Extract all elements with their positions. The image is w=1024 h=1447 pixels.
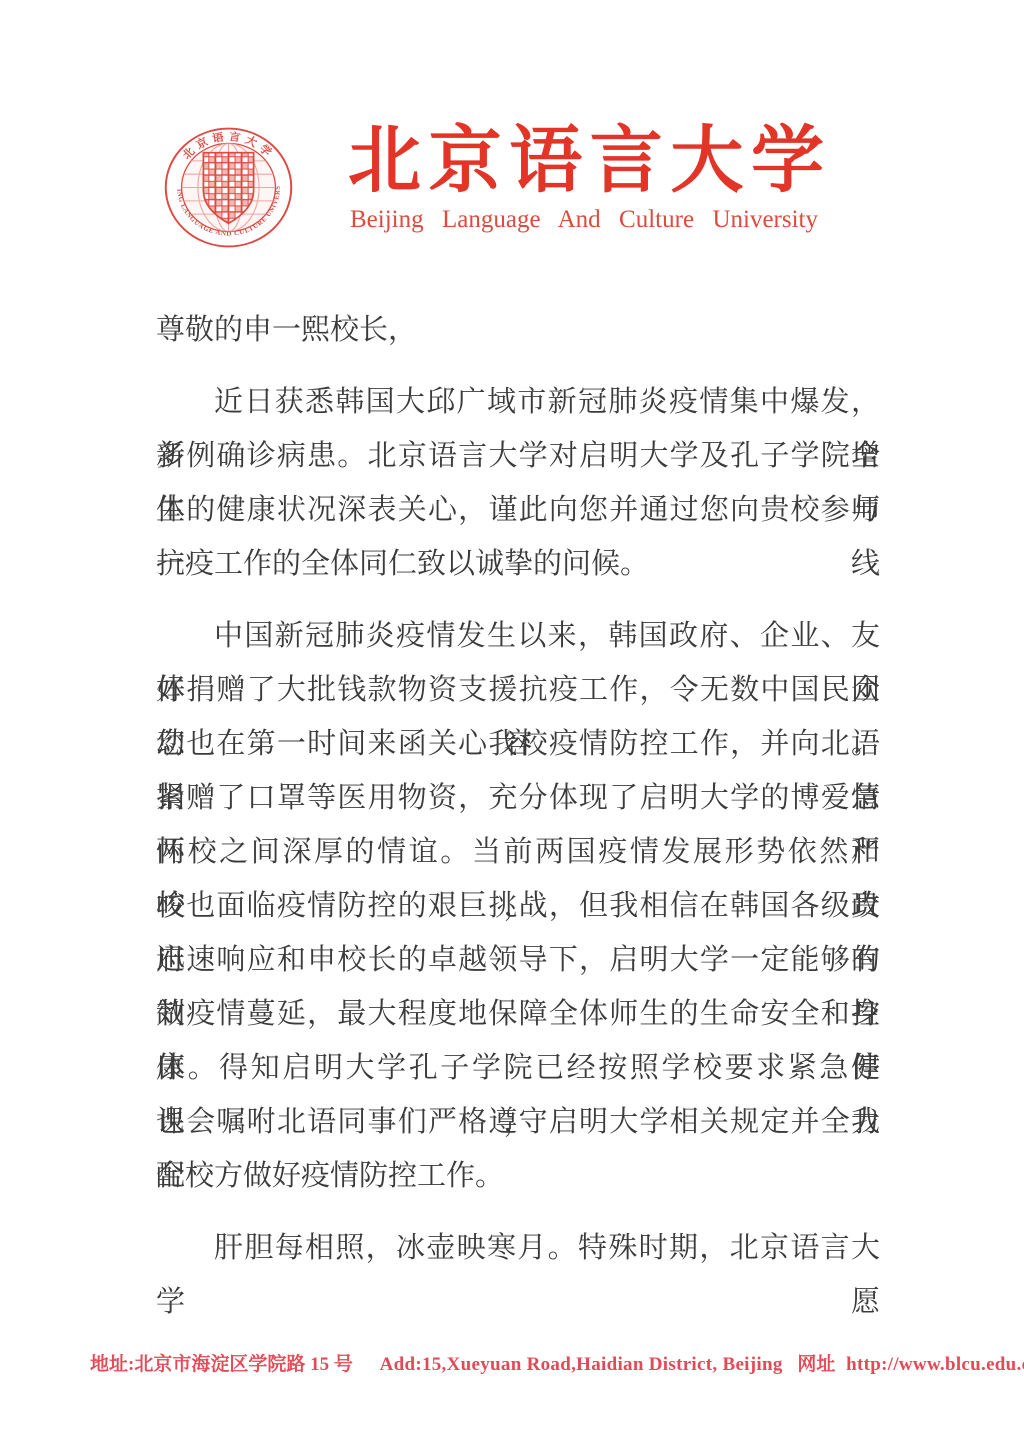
text-line: 多例确诊病患。北京语言大学对启明大学及孔子学院全体师 [156,429,880,483]
text-line: 尊敬的申一熙校长， [156,303,880,357]
text-line: 捐赠了口罩等医用物资，充分体现了启明大学的博爱情怀和 [156,771,880,825]
text-line: 迅速响应和申校长的卓越领导下，启明大学一定能够有效控 [156,933,880,987]
text-line: 您也在第一时间来函关心我校疫情防控工作，并向北语紧急 [156,717,880,771]
text-line: 合校方做好疫情防控工作。 [156,1149,880,1203]
text-line: 肝胆每相照，冰壶映寒月。特殊时期，北京语言大学愿 [156,1221,880,1275]
university-name-chinese: 北京语言大学 [348,116,824,206]
text-line: 也会嘱咐北语同事们严格遵守启明大学相关规定并全力配 [156,1095,880,1149]
footer-address-chinese: 地址:北京市海淀区学院路 15 号 [90,1354,353,1375]
university-name-english: Beijing Language And Culture University [350,203,818,237]
paragraph: 肝胆每相照，冰壶映寒月。特殊时期，北京语言大学愿 [156,1221,880,1275]
footer-website-label: 网址 [797,1354,835,1375]
letter-footer: 地址:北京市海淀区学院路 15 号 Add:15,Xueyuan Road,Ha… [90,1350,950,1380]
paragraph: 中国新冠肺炎疫情发生以来，韩国政府、企业、友好团体捐赠了大批钱款物资支援抗疫工作… [156,609,880,1203]
paragraph: 近日获悉韩国大邱广域市新冠肺炎疫情集中爆发，新增多例确诊病患。北京语言大学对启明… [156,375,880,591]
text-line: 制疫情蔓延，最大程度地保障全体师生的生命安全和身体健 [156,987,880,1041]
text-line: 两校之间深厚的情谊。当前两国疫情发展形势依然严峻，贵 [156,825,880,879]
footer-website-url[interactable]: http://www.blcu.edu.cn [846,1354,1024,1375]
text-line: 体捐赠了大批钱款物资支援抗疫工作，令无数中国民众动容。 [156,663,880,717]
text-line: 近日获悉韩国大邱广域市新冠肺炎疫情集中爆发，新增 [156,375,880,429]
text-line: 中国新冠肺炎疫情发生以来，韩国政府、企业、友好团 [156,609,880,663]
letter-body: 尊敬的申一熙校长，近日获悉韩国大邱广域市新冠肺炎疫情集中爆发，新增多例确诊病患。… [156,303,880,1275]
footer-address-english: Add:15,Xueyuan Road,Haidian District, Be… [380,1354,783,1375]
letter-page: 北京语言大学 BEIJING LANGUAGE AND CULTURE UNIV… [0,0,1024,1447]
text-line: 康。得知启明大学孔子学院已经按照学校要求紧急停课，我 [156,1041,880,1095]
university-seal-logo: 北京语言大学 BEIJING LANGUAGE AND CULTURE UNIV… [163,126,294,249]
text-line: 校也面临疫情防控的艰巨挑战，但我相信在韩国各级政府的 [156,879,880,933]
salutation: 尊敬的申一熙校长， [156,303,880,357]
text-line: 生的健康状况深表关心，谨此向您并通过您向贵校参与一线 [156,483,880,537]
